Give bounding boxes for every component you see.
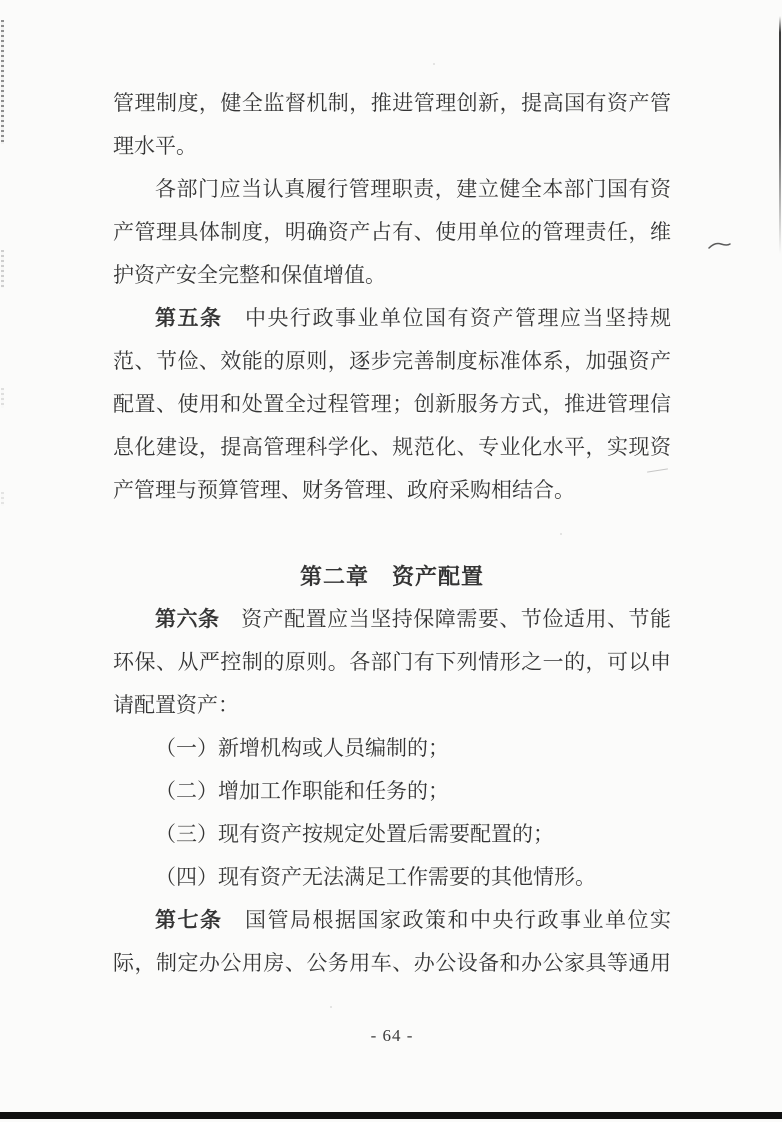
text-line: 第六条 资产配置应当坚持保障需要、节俭适用、节能: [113, 598, 671, 641]
text-line: 第五条 中央行政事业单位国有资产管理应当坚持规: [113, 297, 671, 340]
scan-noise-left: [1, 388, 4, 408]
list-item: （一）新增机构或人员编制的；: [113, 727, 671, 770]
text-line: 息化建设，提高管理科学化、规范化、专业化水平，实现资: [113, 426, 671, 469]
scan-noise-left: [1, 492, 4, 506]
article-label: 第七条: [155, 908, 223, 932]
article-label: 第六条: [155, 607, 220, 631]
chapter-heading: 第二章 资产配置: [113, 555, 671, 598]
text-line: 产管理与预算管理、财务管理、政府采购相结合。: [113, 469, 671, 512]
page-number: - 64 -: [113, 1024, 671, 1048]
text-line: 护资产安全完整和保值增值。: [113, 254, 671, 297]
text-line: 第七条 国管局根据国家政策和中央行政事业单位实: [113, 899, 671, 942]
text-line: 理水平。: [113, 125, 671, 168]
scan-noise-left: [1, 250, 4, 288]
scan-noise-left: [1, 20, 4, 144]
text-line: 管理制度，健全监督机制，推进管理创新，提高国有资产管: [113, 82, 671, 125]
list-item: （三）现有资产按规定处置后需要配置的；: [113, 813, 671, 856]
scanned-page: 管理制度，健全监督机制，推进管理创新，提高国有资产管理水平。各部门应当认真履行管…: [0, 0, 782, 1122]
document-body: 管理制度，健全监督机制，推进管理创新，提高国有资产管理水平。各部门应当认真履行管…: [113, 82, 671, 985]
pen-dash-mark: [708, 240, 732, 252]
scan-edge-right: [779, 16, 781, 254]
text-line: 范、节俭、效能的原则，逐步完善制度标准体系，加强资产: [113, 340, 671, 383]
list-item: （二）增加工作职能和任务的；: [113, 770, 671, 813]
article-label: 第五条: [155, 306, 223, 330]
scan-edge-bottom: [0, 1112, 782, 1119]
text-line: 环保、从严控制的原则。各部门有下列情形之一的，可以申: [113, 641, 671, 684]
text-line: 产管理具体制度，明确资产占有、使用单位的管理责任，维: [113, 211, 671, 254]
text-line: 际，制定办公用房、公务用车、办公设备和办公家具等通用: [113, 942, 671, 985]
text-line: 请配置资产：: [113, 684, 671, 727]
scan-speckle: [330, 1006, 332, 1008]
text-line: 各部门应当认真履行管理职责，建立健全本部门国有资: [113, 168, 671, 211]
text-line: 配置、使用和处置全过程管理；创新服务方式，推进管理信: [113, 383, 671, 426]
scan-speckle: [433, 63, 435, 65]
blank-line: [113, 512, 671, 555]
list-item: （四）现有资产无法满足工作需要的其他情形。: [113, 856, 671, 899]
